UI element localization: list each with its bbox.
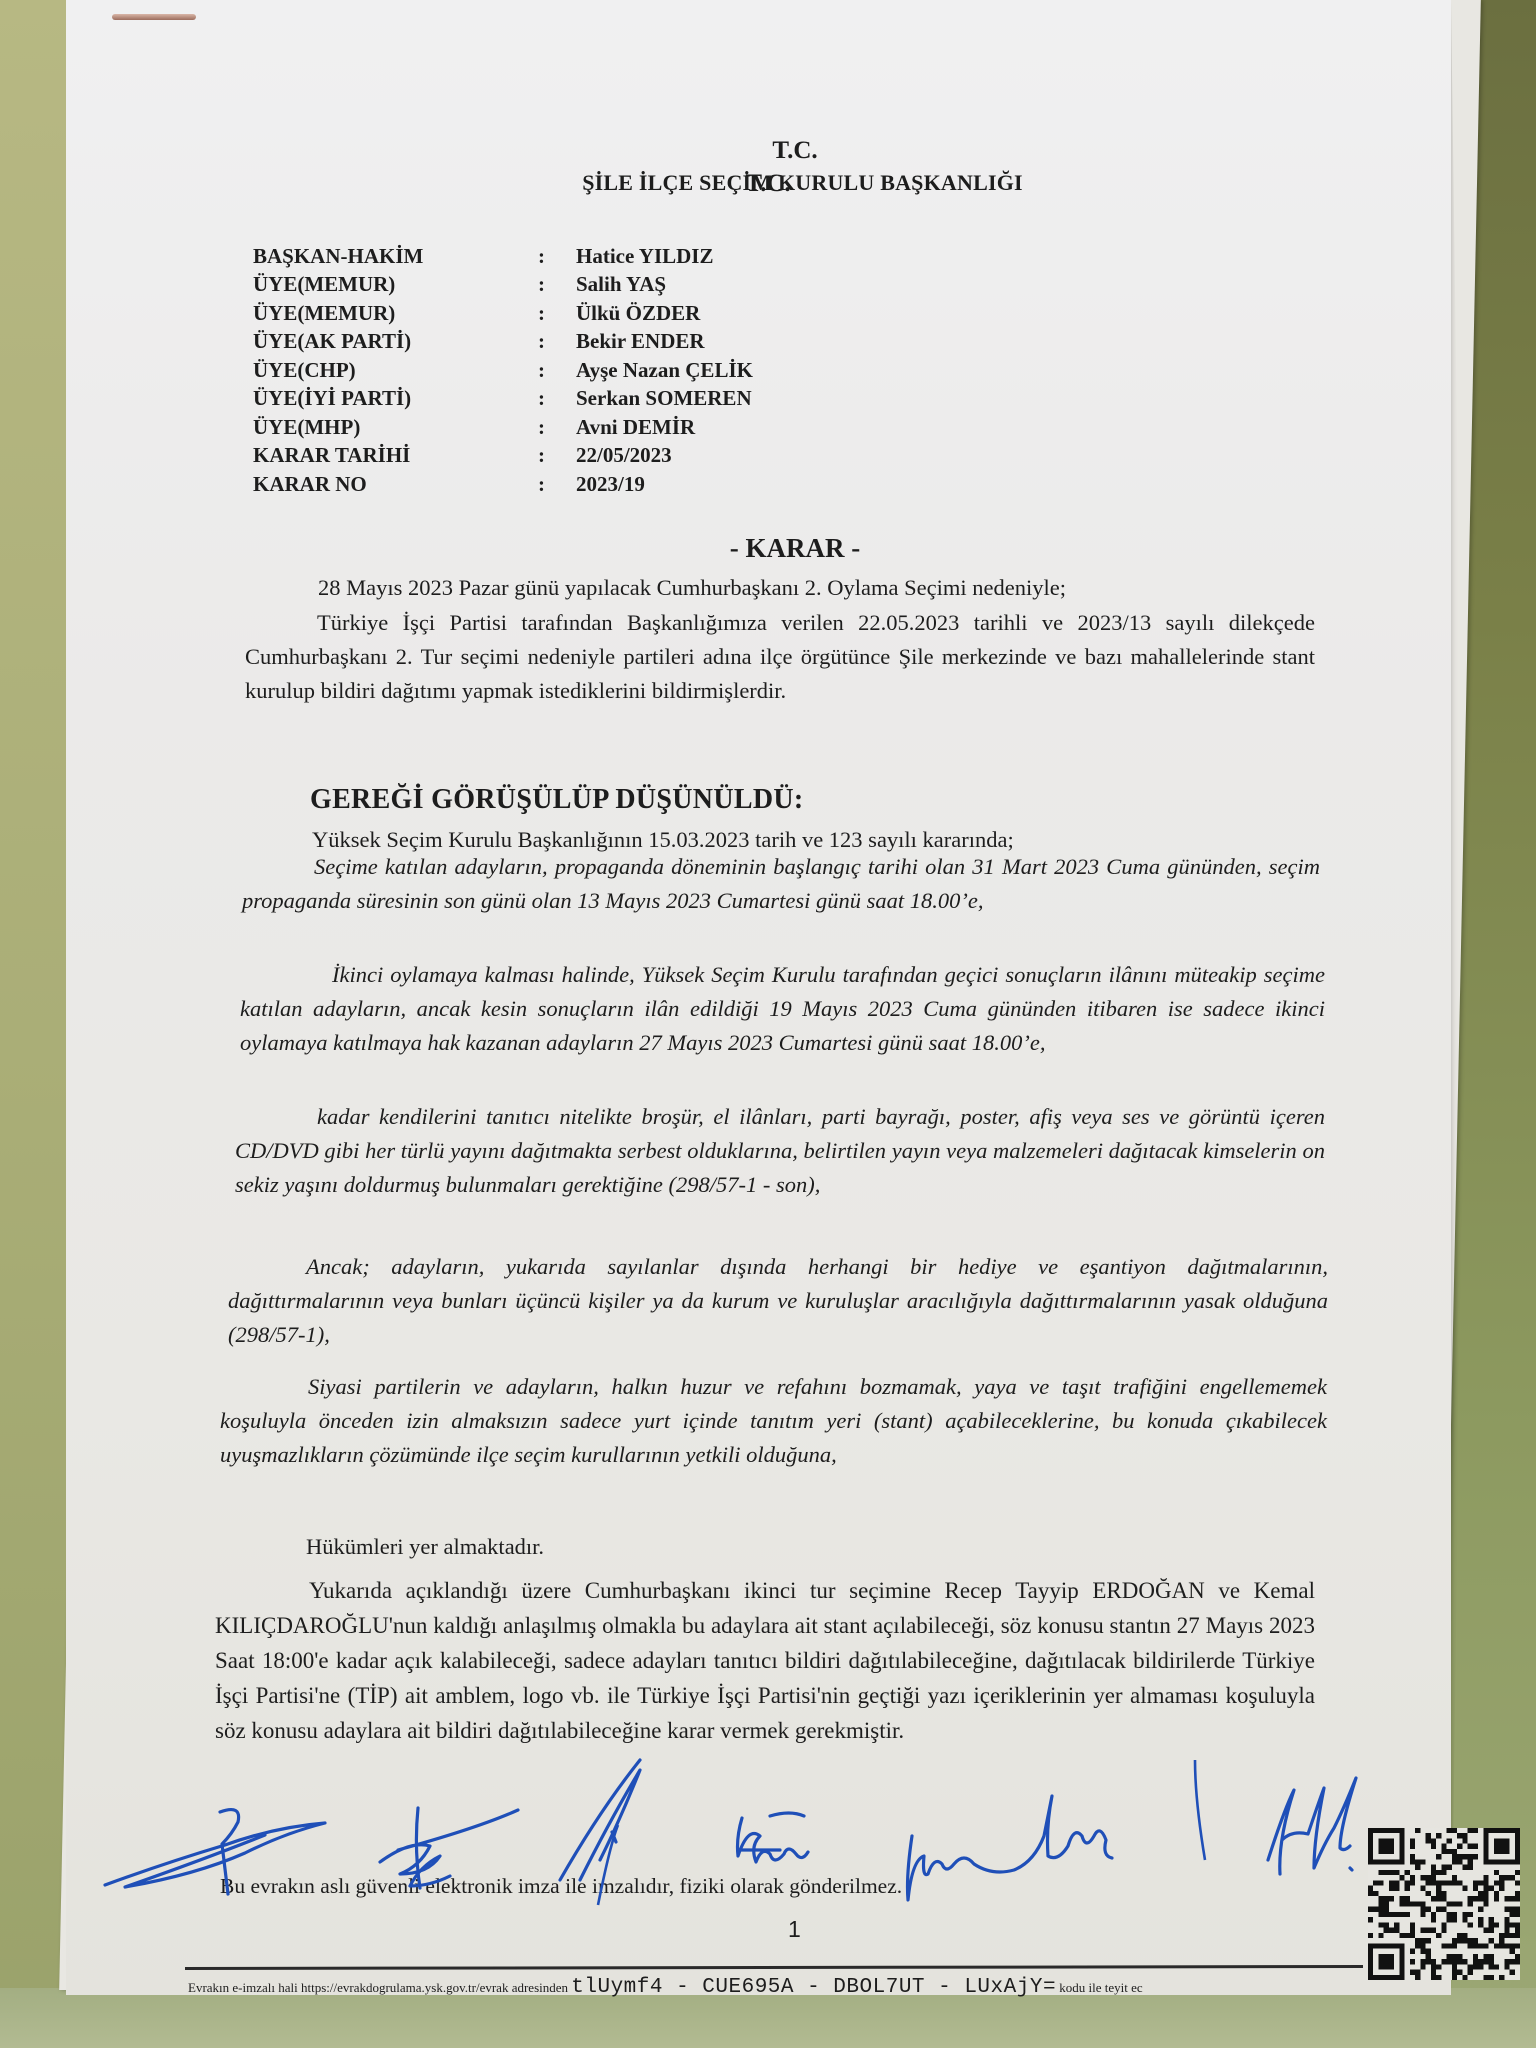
member-separator: :: [538, 443, 576, 468]
member-name: Serkan SOMEREN: [576, 386, 752, 411]
member-separator: :: [538, 301, 576, 326]
member-separator: :: [538, 272, 576, 297]
member-row: ÜYE(CHP):Ayşe Nazan ÇELİK: [253, 356, 753, 385]
member-role: ÜYE(CHP): [253, 358, 538, 383]
decision-document: T.C. T.C. ŞİLE İLÇE SEÇİM KURULU BAŞKANL…: [0, 0, 1536, 2048]
member-name: 22/05/2023: [576, 443, 672, 468]
member-role: ÜYE(MEMUR): [253, 272, 538, 297]
decision-petition: Türkiye İşçi Partisi tarafından Başkanlı…: [245, 606, 1315, 708]
member-role: ÜYE(İYİ PARTİ): [253, 386, 538, 411]
member-separator: :: [538, 358, 576, 383]
deliberation-title: GEREĞİ GÖRÜŞÜLÜP DÜŞÜNÜLDÜ:: [310, 784, 804, 816]
member-name: Ayşe Nazan ÇELİK: [576, 358, 753, 383]
verification-line: Evrakın e-imzalı hali https://evrakdogru…: [188, 1976, 1143, 1999]
member-separator: :: [538, 329, 576, 354]
deliberation-paragraph: kadar kendilerini tanıtıcı nitelikte bro…: [235, 1100, 1325, 1202]
member-name: Salih YAŞ: [576, 272, 666, 297]
member-name: Hatice YILDIZ: [576, 244, 713, 269]
member-row: ÜYE(MHP):Avni DEMİR: [253, 413, 753, 442]
member-row: KARAR NO:2023/19: [253, 470, 753, 499]
member-separator: :: [538, 244, 576, 269]
deliberation-closing: Hükümleri yer almaktadır.: [306, 1530, 1206, 1564]
member-row: KARAR TARİHİ:22/05/2023: [253, 442, 753, 471]
header-state-line: T.C.: [0, 137, 1536, 165]
deliberation-paragraph: Siyasi partilerin ve adayların, halkın h…: [220, 1370, 1327, 1472]
verification-prefix: Evrakın e-imzalı hali https://evrakdogru…: [188, 1980, 568, 1995]
member-role: KARAR TARİHİ: [253, 443, 538, 468]
header-institution: ŞİLE İLÇE SEÇİM KURULU BAŞKANLIĞI: [0, 170, 1536, 196]
member-name: Avni DEMİR: [576, 415, 695, 440]
footer-divider: [185, 1965, 1363, 1970]
member-row: ÜYE(MEMUR):Salih YAŞ: [253, 271, 753, 300]
signature-5: [908, 1796, 1113, 1900]
member-role: ÜYE(MHP): [253, 415, 538, 440]
member-role: ÜYE(MEMUR): [253, 301, 538, 326]
qr-code-icon[interactable]: [1368, 1826, 1520, 1982]
esignature-note: Bu evrakın aslı güvenli elektronik imza …: [220, 1874, 902, 1899]
page-number: 1: [788, 1916, 801, 1943]
committee-members: BAŞKAN-HAKİM:Hatice YILDIZÜYE(MEMUR):Sal…: [253, 242, 753, 499]
member-role: BAŞKAN-HAKİM: [253, 244, 538, 269]
signature-6: [1268, 1778, 1356, 1874]
member-role: KARAR NO: [253, 472, 538, 497]
signature-4: [738, 1813, 809, 1862]
member-row: ÜYE(MEMUR):Ülkü ÖZDER: [253, 299, 753, 328]
member-name: Ülkü ÖZDER: [576, 301, 700, 326]
decision-title: - KARAR -: [0, 533, 1536, 564]
verification-code: tlUymf4 - CUE695A - DBOL7UT - LUxAjY=: [571, 1976, 1056, 1999]
member-separator: :: [538, 472, 576, 497]
deliberation-paragraph: Seçime katılan adayların, propaganda dön…: [242, 850, 1320, 918]
decision-intro: 28 Mayıs 2023 Pazar günü yapılacak Cumhu…: [318, 571, 1298, 605]
member-role: ÜYE(AK PARTİ): [253, 329, 538, 354]
member-name: Bekir ENDER: [576, 329, 705, 354]
deliberation-paragraph: Ancak; adayların, yukarıda sayılanlar dı…: [228, 1250, 1328, 1352]
verification-suffix: kodu ile teyit ec: [1059, 1980, 1142, 1995]
signature-3: [560, 1760, 640, 1880]
ruling-paragraph: Yukarıda açıklandığı üzere Cumhurbaşkanı…: [215, 1573, 1315, 1748]
deliberation-paragraph: İkinci oylamaya kalması halinde, Yüksek …: [240, 958, 1325, 1060]
member-row: ÜYE(İYİ PARTİ):Serkan SOMEREN: [253, 385, 753, 414]
member-name: 2023/19: [576, 472, 645, 497]
member-separator: :: [538, 415, 576, 440]
member-row: BAŞKAN-HAKİM:Hatice YILDIZ: [253, 242, 753, 271]
member-row: ÜYE(AK PARTİ):Bekir ENDER: [253, 328, 753, 357]
member-separator: :: [538, 386, 576, 411]
